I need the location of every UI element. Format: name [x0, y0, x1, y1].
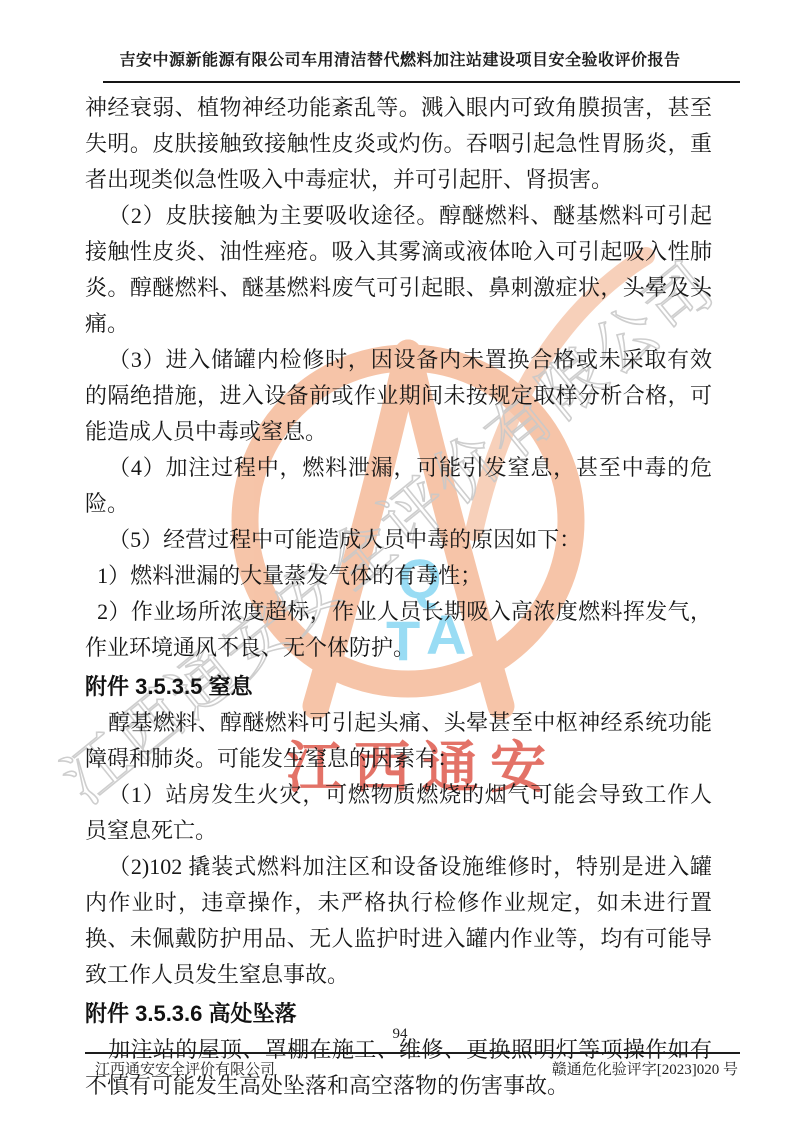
paragraph: （5）经营过程中可能造成人员中毒的原因如下： — [85, 522, 712, 558]
footer: 江西通安安全评价有限公司 赣通危化验评字[2023]020 号 — [95, 1058, 738, 1079]
paragraph: 2）作业场所浓度超标，作业人员长期吸入高浓度燃料挥发气，作业环境通风不良、无个体… — [85, 594, 712, 666]
paragraph: （3）进入储罐内检修时，因设备内未置换合格或未采取有效的隔绝措施，进入设备前或作… — [85, 342, 712, 450]
footer-company: 江西通安安全评价有限公司 — [95, 1058, 275, 1079]
page-number: 94 — [0, 1026, 800, 1043]
paragraph: 神经衰弱、植物神经功能紊乱等。溅入眼内可致角膜损害，甚至失明。皮肤接触致接触性皮… — [85, 90, 712, 198]
header-rule — [103, 81, 740, 83]
footer-rule — [85, 1052, 740, 1054]
header: 吉安中源新能源有限公司车用清洁替代燃料加注站建设项目安全验收评价报告 — [0, 0, 800, 83]
paragraph: （1）站房发生火灾，可燃物质燃烧的烟气可能会导致工作人员窒息死亡。 — [85, 777, 712, 849]
content: 神经衰弱、植物神经功能紊乱等。溅入眼内可致角膜损害，甚至失明。皮肤接触致接触性皮… — [85, 90, 712, 1104]
footer-doc-number: 赣通危化验评字[2023]020 号 — [552, 1058, 738, 1079]
paragraph: （2）皮肤接触为主要吸收途径。醇醚燃料、醚基燃料可引起接触性皮炎、油性痤疮。吸入… — [85, 198, 712, 342]
paragraph: （2)102 撬装式燃料加注区和设备设施维修时，特别是进入罐内作业时，违章操作，… — [85, 849, 712, 993]
paragraph: 1）燃料泄漏的大量蒸发气体的有毒性； — [85, 558, 712, 594]
report-page: 江西通安安全评价有限公司 Q T A 江西通安 吉安中源新能源有限公司车用清洁替… — [0, 0, 800, 1131]
page-title: 吉安中源新能源有限公司车用清洁替代燃料加注站建设项目安全验收评价报告 — [70, 47, 730, 70]
paragraph: 醇基燃料、醇醚燃料可引起头痛、头晕甚至中枢神经系统功能障碍和肺炎。可能发生窒息的… — [85, 705, 712, 777]
section-heading: 附件 3.5.3.5 窒息 — [85, 669, 712, 705]
paragraph: （4）加注过程中，燃料泄漏，可能引发窒息，甚至中毒的危险。 — [85, 450, 712, 522]
